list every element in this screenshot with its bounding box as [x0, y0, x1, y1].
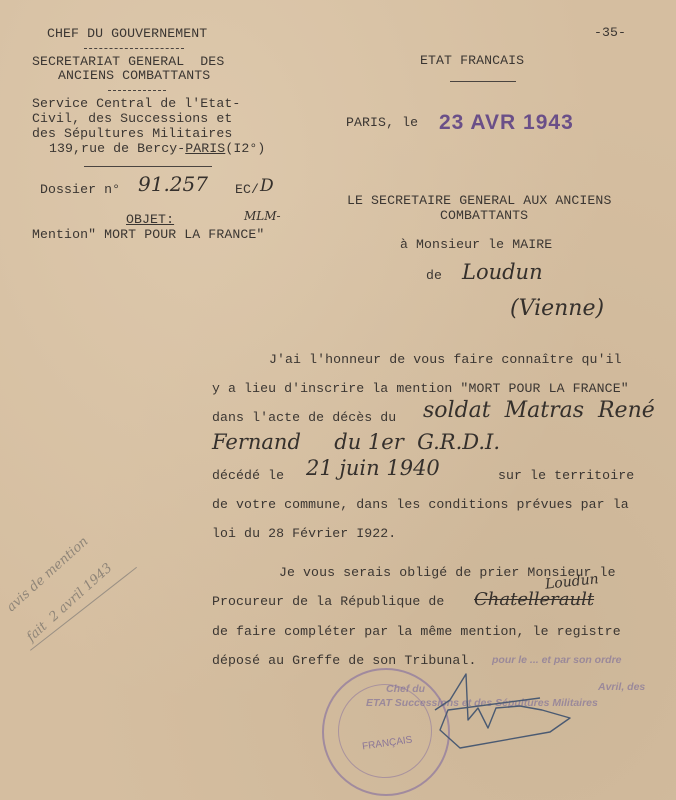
service-line-2: Civil, des Successions et [32, 111, 232, 126]
body-p1-line1: J'ai l'honneur de vous faire connaître q… [269, 352, 622, 367]
signature-stamp-line1: pour le ... et par son ordre [492, 654, 622, 666]
recipient-line: à Monsieur le MAIRE [400, 237, 552, 252]
document-page: -35- CHEF DU GOUVERNEMENT SECRETARIAT GE… [0, 0, 676, 800]
seal-inner-ring [338, 684, 432, 778]
body-p1-line5-a: décédé le [212, 468, 284, 483]
initials-handwritten: MLM- [244, 209, 281, 223]
dossier-label: Dossier n° [40, 182, 120, 197]
divider [108, 90, 166, 91]
body-p1-line2: y a lieu d'inscrire la mention "MORT POU… [212, 381, 629, 396]
objet-text: Mention" MORT POUR LA FRANCE" [32, 227, 264, 242]
dossier-number: 91.257 [138, 172, 208, 196]
struck-town: Chatellerault [474, 589, 594, 610]
page-number: -35- [594, 25, 626, 40]
divider [84, 48, 184, 49]
recipient-town: Loudun [462, 260, 543, 284]
address-street: 139,rue de Bercy- [49, 141, 185, 156]
header-chef-gouvernement: CHEF DU GOUVERNEMENT [47, 26, 207, 41]
signature [430, 670, 580, 750]
body-p1-line3: dans l'acte de décès du [212, 410, 396, 425]
address-district: (I2°) [225, 141, 265, 156]
objet-label: OBJET: [126, 212, 174, 227]
divider [84, 166, 212, 167]
sender-line-1: LE SECRETAIRE GENERAL AUX ANCIENS [347, 193, 611, 208]
signature-stamp-line2: Avril, des [598, 681, 645, 693]
body-p2-line3: de faire compléter par la même mention, … [212, 624, 621, 639]
header-anciens-combattants: ANCIENS COMBATTANTS [58, 68, 210, 83]
etat-francais: ETAT FRANCAIS [420, 53, 524, 68]
dossier-code-handwritten: D [260, 176, 274, 196]
divider [450, 81, 516, 82]
body-p1-line7: loi du 28 Février I922. [212, 526, 396, 541]
service-address: 139,rue de Bercy-PARIS(I2°) [49, 141, 265, 156]
place-prefix: PARIS, le [346, 115, 418, 130]
death-date: 21 juin 1940 [306, 456, 440, 480]
body-p1-line5-b: sur le territoire [498, 468, 634, 483]
soldier-unit: Fernand du 1er G.R.D.I. [212, 430, 500, 454]
soldier-name: soldat Matras René [423, 398, 655, 423]
address-city: PARIS [185, 141, 225, 156]
recipient-department: (Vienne) [510, 296, 604, 321]
body-p1-line6: de votre commune, dans les conditions pr… [212, 497, 629, 512]
dossier-code: EC/ [235, 182, 259, 197]
service-line-3: des Sépultures Militaires [32, 126, 232, 141]
sender-line-2: COMBATTANTS [440, 208, 528, 223]
date-stamp: 23 AVR 1943 [439, 111, 574, 135]
header-secretariat: SECRETARIAT GENERAL DES [32, 54, 224, 69]
recipient-de: de [426, 268, 442, 283]
service-line-1: Service Central de l'Etat- [32, 96, 240, 111]
objet-label-text: OBJET: [126, 212, 174, 227]
body-p2-line2: Procureur de la République de [212, 594, 444, 609]
body-p2-line4: déposé au Greffe de son Tribunal. [212, 653, 476, 668]
